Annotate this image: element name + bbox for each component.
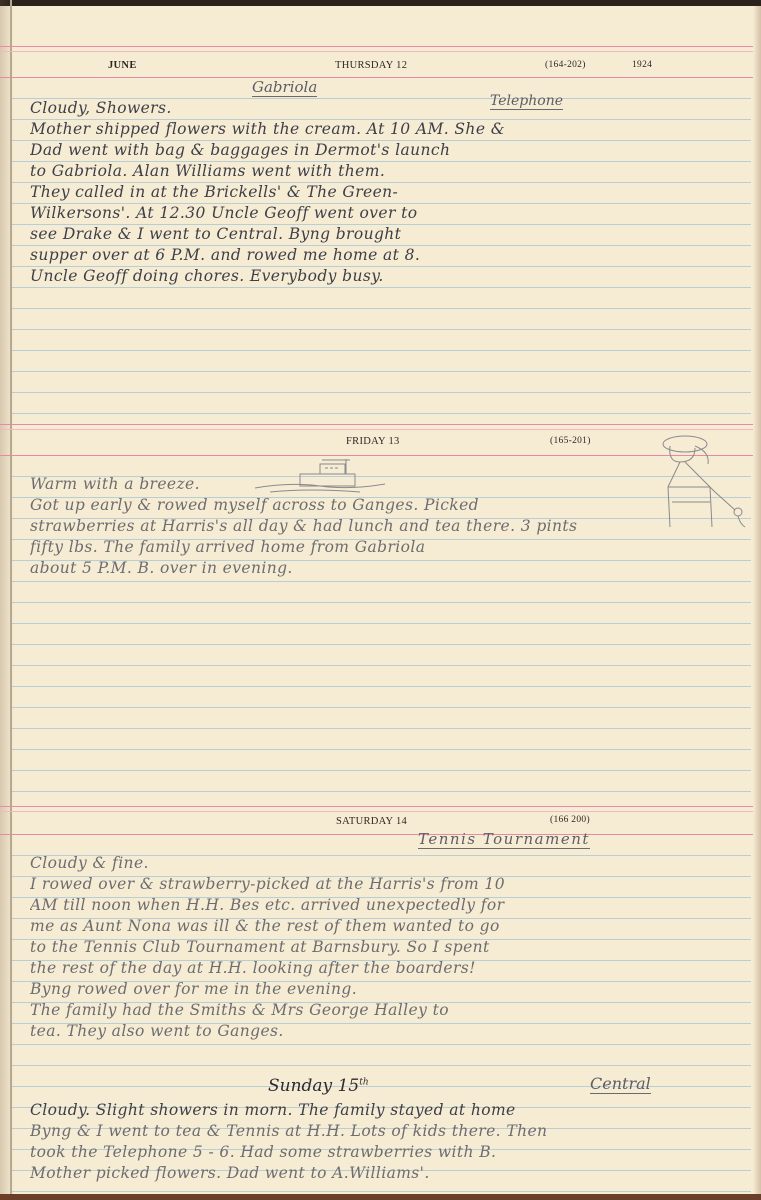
- day-header: SATURDAY 14: [336, 816, 407, 827]
- entry-line: Mother shipped flowers with the cream. A…: [30, 119, 743, 140]
- entry-line: fifty lbs. The family arrived home from …: [30, 537, 743, 558]
- entry-text-saturday: Cloudy & fine. I rowed over & strawberry…: [30, 853, 743, 1042]
- year-label: 1924: [632, 60, 652, 70]
- tournament-annotation: Tennis Tournament: [418, 830, 590, 849]
- sunday-label: Sunday 15: [268, 1076, 359, 1096]
- entry-line: Cloudy, Showers.: [30, 98, 743, 119]
- diary-page: JUNE THURSDAY 12 (164-202) 1924 Gabriola…: [0, 0, 761, 1200]
- central-annotation: Central: [590, 1074, 651, 1094]
- day-count: (166 200): [550, 815, 590, 825]
- page-bottom-edge: [0, 1194, 761, 1200]
- day-count: (165-201): [550, 436, 591, 446]
- header-rule-top: [0, 806, 753, 812]
- entry-line: Warm with a breeze.: [30, 474, 743, 495]
- month-label: JUNE: [108, 60, 137, 71]
- entry-line: see Drake & I went to Central. Byng brou…: [30, 224, 743, 245]
- entry-line: to Gabriola. Alan Williams went with the…: [30, 161, 743, 182]
- entry-line: They called in at the Brickells' & The G…: [30, 182, 743, 203]
- entry-line: Uncle Geoff doing chores. Everybody busy…: [30, 266, 743, 287]
- entry-line: strawberries at Harris's all day & had l…: [30, 516, 743, 537]
- entry-text-sunday: Cloudy. Slight showers in morn. The fami…: [30, 1100, 743, 1184]
- sunday-suffix: th: [359, 1077, 368, 1087]
- entry-line: AM till noon when H.H. Bes etc. arrived …: [30, 895, 743, 916]
- day-header: THURSDAY 12: [335, 60, 407, 71]
- entry-line: Dad went with bag & baggages in Dermot's…: [30, 140, 743, 161]
- entry-text-thursday: Cloudy, Showers. Mother shipped flowers …: [30, 98, 743, 287]
- entry-text-friday: Warm with a breeze. Got up early & rowed…: [30, 474, 743, 579]
- place-annotation: Gabriola: [252, 78, 317, 97]
- entry-line: took the Telephone 5 - 6. Had some straw…: [30, 1142, 743, 1163]
- entry-line: about 5 P.M. B. over in evening.: [30, 558, 743, 579]
- entry-line: the rest of the day at H.H. looking afte…: [30, 958, 743, 979]
- sunday-day-header: Sunday 15th: [268, 1076, 369, 1096]
- entry-line: I rowed over & strawberry-picked at the …: [30, 874, 743, 895]
- entry-line: Cloudy. Slight showers in morn. The fami…: [30, 1100, 743, 1121]
- entry-line: Byng & I went to tea & Tennis at H.H. Lo…: [30, 1121, 743, 1142]
- entry-line: Got up early & rowed myself across to Ga…: [30, 495, 743, 516]
- entry-line: Byng rowed over for me in the evening.: [30, 979, 743, 1000]
- header-rule-top: [0, 46, 753, 52]
- entry-line: Mother picked flowers. Dad went to A.Wil…: [30, 1163, 743, 1184]
- day-count: (164-202): [545, 60, 586, 70]
- entry-line: to the Tennis Club Tournament at Barnsbu…: [30, 937, 743, 958]
- entry-line: Wilkersons'. At 12.30 Uncle Geoff went o…: [30, 203, 743, 224]
- entry-line: Cloudy & fine.: [30, 853, 743, 874]
- day-header: FRIDAY 13: [346, 436, 400, 447]
- entry-line: supper over at 6 P.M. and rowed me home …: [30, 245, 743, 266]
- header-rule-top: [0, 424, 753, 430]
- entry-line: tea. They also went to Ganges.: [30, 1021, 743, 1042]
- entry-line: The family had the Smiths & Mrs George H…: [30, 1000, 743, 1021]
- entry-line: me as Aunt Nona was ill & the rest of th…: [30, 916, 743, 937]
